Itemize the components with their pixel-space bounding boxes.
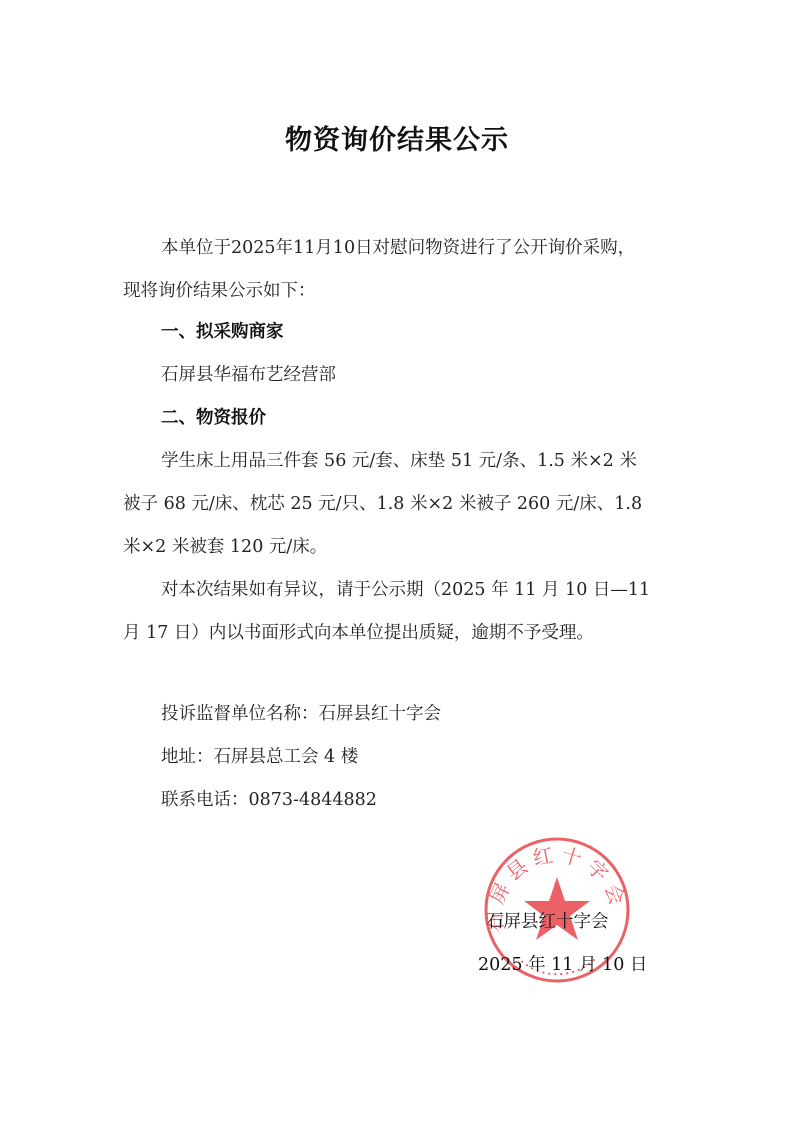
merchant-name: 石屏县华福布艺经营部 bbox=[161, 361, 336, 386]
intro-line-1: 本单位于2025年11月10日对慰问物资进行了公开询价采购， bbox=[161, 234, 635, 259]
quote-line-3: 米×2 米被套 120 元/床。 bbox=[123, 533, 327, 558]
section-heading-merchant: 一、拟采购商家 bbox=[161, 318, 284, 343]
quote-line-1: 学生床上用品三件套 56 元/套、床垫 51 元/条、1.5 米×2 米 bbox=[161, 447, 637, 472]
objection-line-2: 月 17 日）内以书面形式向本单位提出质疑，逾期不予受理。 bbox=[123, 619, 594, 644]
intro-line-2: 现将询价结果公示如下： bbox=[123, 277, 316, 302]
address: 地址：石屏县总工会 4 楼 bbox=[161, 743, 358, 768]
signature-organization: 石屏县红十字会 bbox=[486, 908, 609, 933]
signature-date: 2025 年 11 月 10 日 bbox=[478, 951, 647, 976]
objection-line-1: 对本次结果如有异议，请于公示期（2025 年 11 月 10 日—11 bbox=[161, 576, 650, 601]
page-title: 物资询价结果公示 bbox=[0, 118, 794, 157]
supervisor-unit: 投诉监督单位名称：石屏县红十字会 bbox=[161, 700, 441, 725]
phone-number: 联系电话：0873-4844882 bbox=[161, 786, 377, 811]
section-heading-quotes: 二、物资报价 bbox=[161, 404, 266, 429]
quote-line-2: 被子 68 元/床、枕芯 25 元/只、1.8 米×2 米被子 260 元/床、… bbox=[123, 490, 642, 515]
